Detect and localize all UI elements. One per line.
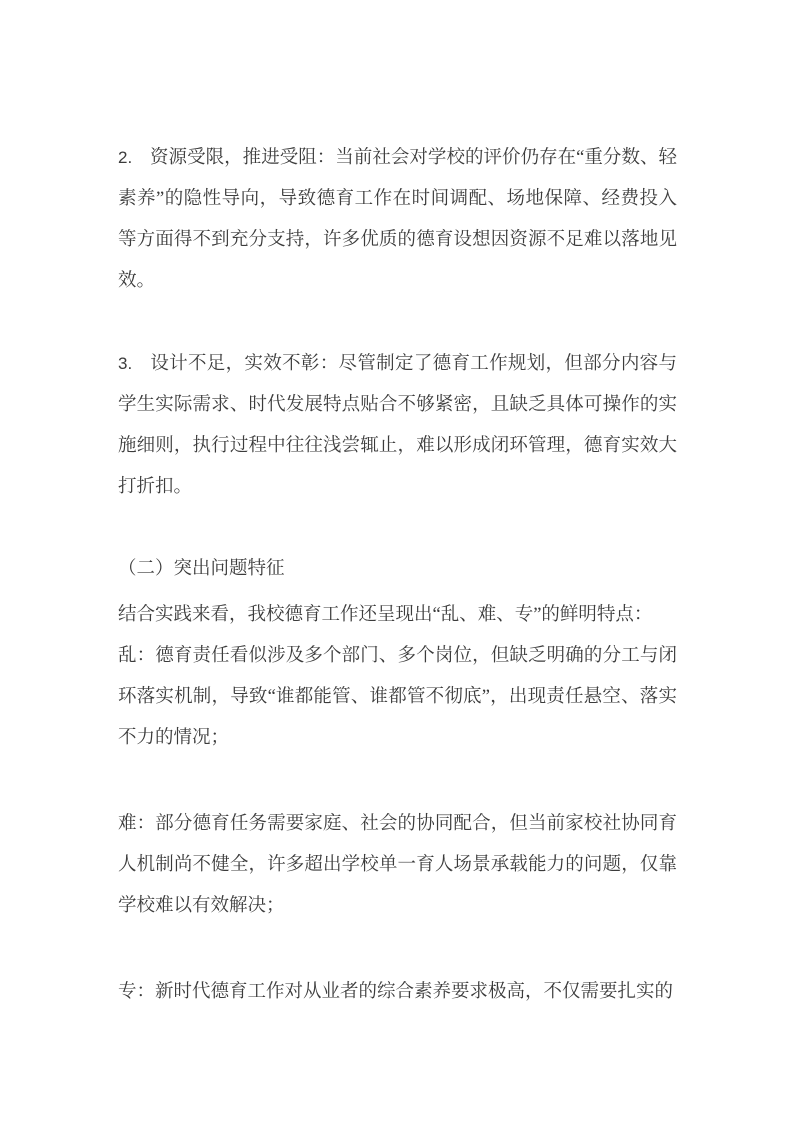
list-item-2-text: 资源受限，推进受阻：当前社会对学校的评价仍存在“重分数、轻素养”的隐性导向，导致… — [118, 148, 677, 291]
list-item-3: 3.设计不足，实效不彰：尽管制定了德育工作规划，但部分内容与学生实际需求、时代发… — [118, 343, 677, 508]
document-page: 2.资源受限，推进受阻：当前社会对学校的评价仍存在“重分数、轻素养”的隐性导向，… — [0, 0, 793, 1122]
paragraph-intro: 结合实践来看，我校德育工作还呈现出“乱、难、专”的鲜明特点： — [118, 595, 677, 636]
list-item-3-text: 设计不足，实效不彰：尽管制定了德育工作规划，但部分内容与学生实际需求、时代发展特… — [118, 354, 677, 497]
paragraph-nan: 难：部分德育任务需要家庭、社会的协同配合，但当前家校社协同育人机制尚不健全，许多… — [118, 804, 677, 927]
paragraph-zhuan: 专：新时代德育工作对从业者的综合素养要求极高，不仅需要扎实的 — [118, 972, 677, 1013]
paragraph-luan: 乱：德育责任看似涉及多个部门、多个岗位，但缺乏明确的分工与闭环落实机制，导致“谁… — [118, 636, 677, 759]
list-item-2: 2.资源受限，推进受阻：当前社会对学校的评价仍存在“重分数、轻素养”的隐性导向，… — [118, 137, 677, 302]
section-heading: （二）突出问题特征 — [118, 549, 677, 590]
list-item-3-number: 3. — [118, 343, 150, 384]
list-item-2-number: 2. — [118, 137, 150, 178]
